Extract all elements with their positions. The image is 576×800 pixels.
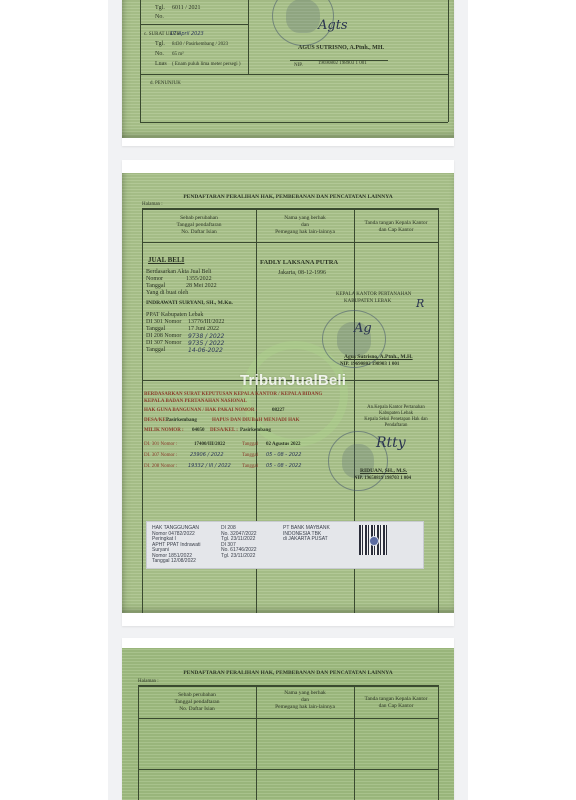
su-no-value: 65 m² bbox=[172, 51, 184, 58]
p3-col3-header-line1: Tanda tangan Kepala Kantor bbox=[354, 696, 438, 703]
surat-ukur-date: 17 April 2023 bbox=[170, 31, 204, 38]
office-title-2: KABUPATEN LEBAK bbox=[344, 298, 391, 305]
di301-label: DI 301 Nomor bbox=[146, 319, 181, 326]
document-photo-1[interactable]: Tgl. 6011 / 2021 No. c. SURAT UKUR 17 Ap… bbox=[122, 0, 454, 138]
su-luas-label: Luas bbox=[155, 61, 167, 68]
col2-header-line3: Pemegang hak lain-lainnya bbox=[256, 229, 354, 236]
col1-header-line1: Sebab perubahan bbox=[142, 215, 256, 222]
official-name-3: RIDUAN, SH., M.S. bbox=[360, 468, 407, 475]
di307-row-tgl-label: Tanggal bbox=[242, 452, 258, 459]
su-tgl-value: 8430 / Pasirkembang / 2023 bbox=[172, 41, 228, 48]
tgl-label-3: Tanggal bbox=[146, 347, 165, 354]
su-tgl-label: Tgl. bbox=[155, 41, 165, 48]
signature-icon: Ag bbox=[354, 321, 372, 336]
sticker-c2-5: Tgl. 23/11/2022 bbox=[221, 554, 257, 560]
p3-col1-header-line2: Tanggal pendaftaran bbox=[138, 699, 256, 706]
sign-title-4: Pendaftaran bbox=[350, 423, 442, 429]
p3-col2-header-line1: Nama yang berhak bbox=[256, 690, 354, 697]
tgl-value-2: 17 Juni 2022 bbox=[188, 326, 219, 333]
sticker-c3-2: di JAKARTA PUSAT bbox=[283, 537, 330, 543]
tgl-value-3: 14-06-2022 bbox=[188, 347, 223, 354]
halaman-label: Halaman : bbox=[142, 201, 163, 208]
p3-col1-header-line3: No. Daftar Isian bbox=[138, 706, 256, 713]
di301-row-label: DI. 301 Nomor : bbox=[144, 441, 177, 448]
nip-value: 19690802 198903 1 001 bbox=[318, 60, 367, 67]
decree-line-4-rest: HAPUS DAN DIUBAH MENJADI HAK bbox=[212, 417, 300, 424]
signature-icon: Rtty bbox=[376, 435, 406, 451]
di208-row-tgl-label: Tanggal bbox=[242, 463, 258, 470]
di301-row-tgl-value: 02 Agustus 2022 bbox=[266, 441, 300, 448]
ppat-office: PPAT Kabupaten Lebak bbox=[146, 312, 203, 319]
official-name: AGUS SUTRISNO, A.Ptnh., MH. bbox=[298, 45, 384, 52]
su-no-label: No. bbox=[155, 51, 164, 58]
tgl-label-2: Tanggal bbox=[146, 326, 165, 333]
document-photo-3[interactable]: PENDAFTARAN PERALIHAN HAK, PEMBEBANAN DA… bbox=[122, 648, 454, 800]
di307-value: 9735 / 2022 bbox=[188, 340, 224, 347]
decree-line-4-value: Pasirkembang bbox=[166, 417, 197, 424]
nomor-value: 1355/2022 bbox=[186, 276, 212, 283]
official-nip-3: NIP. 19650819 198703 1 004 bbox=[354, 475, 411, 482]
qr-code-icon bbox=[359, 525, 387, 555]
di301-row-tgl-label: Tanggal bbox=[242, 441, 258, 448]
holder-birth: Jakarta, 08-12-1996 bbox=[278, 270, 326, 277]
col1-header-line3: No. Daftar Isian bbox=[142, 229, 256, 236]
di301-value: 13776/III/2022 bbox=[188, 319, 224, 326]
holder-name: FADLY LAKSANA PUTRA bbox=[260, 259, 338, 266]
based-on: Berdasarkan Akta Jual Beli bbox=[146, 269, 211, 276]
document-card-2[interactable]: PENDAFTARAN PERALIHAN HAK, PEMBEBANAN DA… bbox=[122, 160, 454, 626]
document-photo-2[interactable]: PENDAFTARAN PERALIHAN HAK, PEMBEBANAN DA… bbox=[122, 173, 454, 613]
decree-line-5-label: MILIK NOMOR : bbox=[144, 427, 184, 434]
p3-col2-header-line2: dan bbox=[256, 697, 354, 704]
nip-label: NIP. bbox=[294, 62, 303, 69]
office-title-1: KEPALA KANTOR PERTANAHAN bbox=[336, 291, 411, 298]
p3-col1-header-line1: Sebab perubahan bbox=[138, 692, 256, 699]
decree-line-5-village: Pasirkembang bbox=[240, 427, 271, 434]
document-card-3[interactable]: PENDAFTARAN PERALIHAN HAK, PEMBEBANAN DA… bbox=[122, 638, 454, 800]
official-name-2: Agus Sutrisno, A.Ptnh., M.H. bbox=[344, 354, 413, 361]
di208-row-value: 19332 / III / 2022 bbox=[188, 463, 231, 470]
sticker-c1-6: Tanggal 12/08/2022 bbox=[152, 559, 201, 565]
col2-header-line2: dan bbox=[256, 222, 354, 229]
official-nip-2: NIP. 19690802 198903 1 001 bbox=[340, 361, 399, 368]
di208-label: DI 208 Nomor bbox=[146, 333, 181, 340]
di307-row-value: 23906 / 2022 bbox=[190, 452, 224, 459]
di307-row-tgl-value: 05 - 08 - 2022 bbox=[266, 452, 301, 459]
decree-line-5-value: 04050 bbox=[192, 427, 205, 434]
di208-row-label: DI. 208 Nomor : bbox=[144, 463, 177, 470]
decree-line-5-mid: DESA/KEL : bbox=[210, 427, 238, 434]
document-card-1[interactable]: Tgl. 6011 / 2021 No. c. SURAT UKUR 17 Ap… bbox=[122, 0, 454, 146]
di208-row-tgl-value: 05 - 08 - 2022 bbox=[266, 463, 301, 470]
watermark-text: TribunJualBeli bbox=[240, 372, 346, 389]
decree-line-3-value: 08227 bbox=[272, 407, 285, 414]
su-luas-value: ( Enam puluh lima meter persegi ) bbox=[172, 61, 241, 68]
ppat-name: INDRAWATI SURYANI, SH., M.Kn. bbox=[146, 300, 233, 307]
made-by: Yang di buat oleh bbox=[146, 290, 188, 297]
decree-line-2: KEPALA BADAN PERTANAHAN NASIONAL bbox=[144, 398, 247, 405]
mortgage-sticker: HAK TANGGUNGAN Nomor 04782/2022 Peringka… bbox=[146, 521, 424, 569]
signature-icon: Agts bbox=[318, 18, 348, 33]
p3-col2-header-line3: Pemegang hak lain-lainnya bbox=[256, 704, 354, 711]
nomor-label: Nomor bbox=[146, 276, 163, 283]
di208-value: 9738 / 2022 bbox=[188, 333, 224, 340]
di307-row-label: DI. 307 Nomor : bbox=[144, 452, 177, 459]
page-title-3: PENDAFTARAN PERALIHAN HAK, PEMBEBANAN DA… bbox=[122, 670, 454, 677]
page-title: PENDAFTARAN PERALIHAN HAK, PEMBEBANAN DA… bbox=[122, 194, 454, 201]
tanggal-label: Tanggal bbox=[146, 283, 165, 290]
p3-col3-header-line2: dan Cap Kantor bbox=[354, 703, 438, 710]
decree-line-1: BERDASARKAN SURAT KEPUTUSAN KEPALA KANTO… bbox=[144, 391, 322, 398]
col2-header-line1: Nama yang berhak bbox=[256, 215, 354, 222]
tanggal-value: 28 Mei 2022 bbox=[186, 283, 217, 290]
no-label: No. bbox=[155, 14, 164, 21]
di301-row-value: 17400/III/2022 bbox=[194, 441, 225, 448]
col3-header-line2: dan Cap Kantor bbox=[354, 227, 438, 234]
penunjuk-heading: d. PENUNJUK bbox=[150, 80, 181, 87]
col1-header-line2: Tanggal pendaftaran bbox=[142, 222, 256, 229]
tgl-label: Tgl. bbox=[155, 5, 165, 12]
halaman-label-3: Halaman : bbox=[138, 678, 159, 685]
col3-header-line1: Tanda tangan Kepala Kantor bbox=[354, 220, 438, 227]
entry-type: JUAL BELI bbox=[148, 257, 184, 264]
initial-icon: R bbox=[416, 297, 424, 310]
tgl-value: 6011 / 2021 bbox=[172, 5, 200, 12]
decree-line-3-label: HAK GUNA BANGUNAN / HAK PAKAI NOMOR : bbox=[144, 407, 257, 414]
di307-label: DI 307 Nomor bbox=[146, 340, 181, 347]
